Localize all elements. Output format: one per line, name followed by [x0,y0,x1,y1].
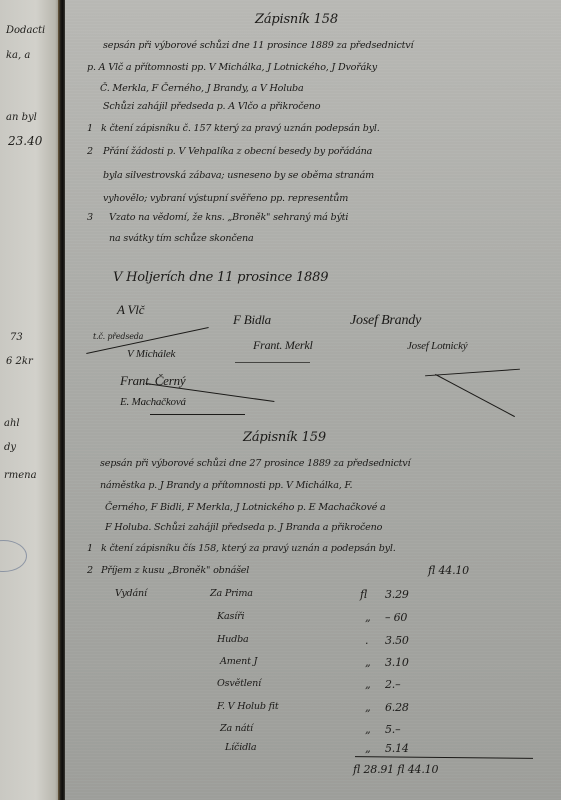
header-line: Černého, F Bidli, F Merkla, J Lotnického… [105,502,386,513]
minutes-158-title: Zápisník 158 [255,12,338,27]
left-page-line: 23.40 [8,134,42,148]
minutes-159-title: Zápisník 159 [243,430,326,445]
left-page-line: 6 2kr [6,356,33,367]
expense-prefix: . [365,634,368,647]
left-page-fragment: Dodacti ka, a an byl 23.40 73 6 2kr ahl … [0,0,60,800]
item-number: 1 [87,123,93,134]
expense-prefix: „ [365,678,371,691]
header-line: F Holuba. Schůzi zahájil předseda p. J B… [105,522,382,533]
sum-rule [355,756,533,759]
item-line: Vzato na vědomí, že kns. „Broněk" sehran… [109,212,348,223]
expense-prefix: „ [365,701,371,714]
left-page-line: an byl [6,112,37,123]
expense-prefix: „ [365,723,371,736]
signature: Josef Lotnický [407,340,467,352]
item-line: byla silvestrovská zábava; usneseno by s… [103,170,374,181]
right-page: Zápisník 158 sepsán při výborové schůzi … [65,0,561,800]
item-number: 2 [87,146,93,157]
item-number: 1 [87,543,93,554]
item-line: Příjem z kusu „Broněk" obnášel [101,565,249,576]
expense-prefix: „ [365,742,371,755]
item-line: vyhovělo; vybraní výstupní svěřeno pp. r… [103,193,348,204]
signature: Josef Brandy [350,313,421,329]
expense-prefix: fl [360,588,367,601]
left-page-line: ahl [4,418,20,429]
signature-underline [150,414,245,415]
expense-item: F. V Holub fit [217,701,279,712]
item-line: Přání žádosti p. V Vehpalíka z obecní be… [103,146,372,157]
item-line: k čtení zápisníku čís 158, který za prav… [101,543,396,554]
header-line: p. A Vlč a přítomnosti pp. V Michálka, J… [87,62,377,73]
header-line: Č. Merkla, F Černého, J Brandy, a V Holu… [100,83,304,94]
item-line: k čtení zápisníku č. 157 který za pravý … [101,123,380,134]
book-gutter [58,0,65,800]
expense-amount: – 60 [385,611,407,624]
left-page-line: rmena [4,470,37,481]
signature: Frant. Merkl [253,338,313,353]
signature-title: t.č. předseda [93,332,143,341]
header-line: náměstka p. J Brandy a přítomnosti pp. V… [100,480,352,491]
signature: V Michálek [127,348,175,360]
expenses-total: fl 28.91 fl 44.10 [353,763,438,776]
expense-prefix: „ [365,611,371,624]
left-page-line: dy [4,442,16,453]
expense-amount: 5.– [385,723,400,736]
expense-amount: 3.29 [385,588,409,601]
left-page-line: ka, a [6,50,30,61]
expense-amount: 3.50 [385,634,409,647]
header-line: sepsán při výborové schůzi dne 11 prosin… [103,40,413,51]
expense-amount: 3.10 [385,656,409,669]
signature-flourish [235,362,310,363]
expense-amount: 5.14 [385,742,409,755]
expense-item: Osvětlení [217,678,261,689]
left-page-line: Dodacti [6,25,45,36]
expense-item: Za Prima [210,588,253,599]
income-amount: fl 44.10 [428,564,469,577]
signature: E. Machačková [120,396,186,408]
item-number: 2 [87,565,93,576]
expense-item: Ament J [220,656,257,667]
pencil-mark [0,540,27,572]
header-line: sepsán při výborové schůzi dne 27 prosin… [100,458,410,469]
opening-line: Schůzi zahájil předseda p. A Vlčo a přik… [103,101,320,112]
signature-flourish [435,374,515,417]
expense-item: Za nátí [220,723,253,734]
expense-prefix: „ [365,656,371,669]
expense-item: Hudba [217,634,249,645]
signature: A Vlč [117,302,144,318]
place-date: V Holjerích dne 11 prosince 1889 [113,270,328,285]
expense-item: Líčidla [225,742,256,753]
expense-item: Kasíři [217,611,244,622]
item-number: 3 [87,212,93,223]
expenses-label: Vydání [115,588,147,599]
expense-amount: 2.– [385,678,400,691]
expense-amount: 6.28 [385,701,409,714]
left-page-line: 73 [10,332,23,343]
item-line: na svátky tím schůze skončena [109,233,254,244]
signature: F Bidla [233,312,271,328]
